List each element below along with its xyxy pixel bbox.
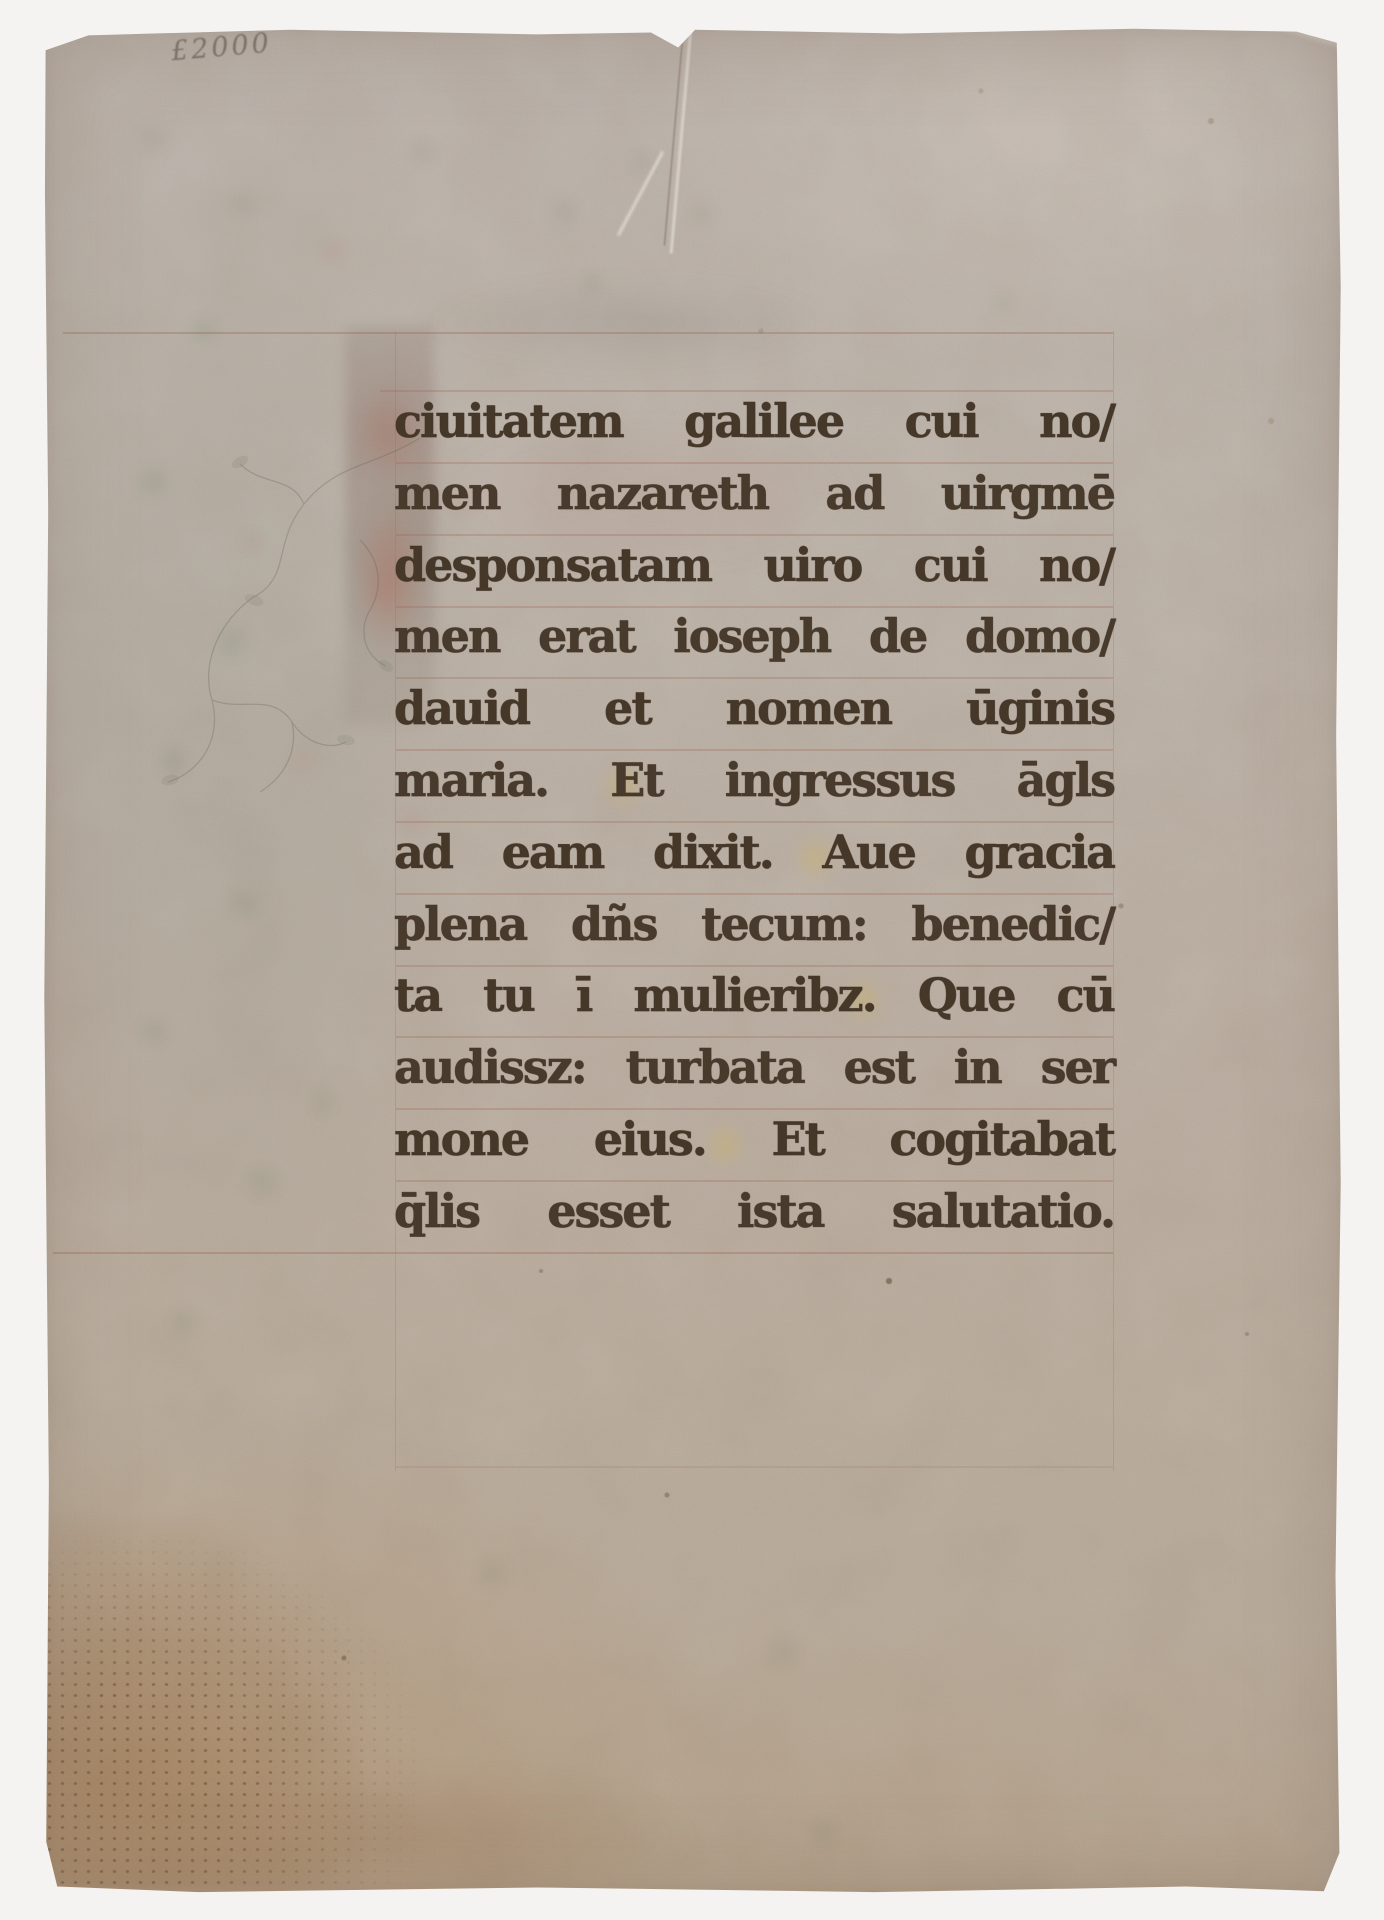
manuscript-leaf: ciuitatem galilee cui no/ men nazareth a… [43,26,1342,1894]
showthrough-pink-spots [43,26,47,30]
edge-vignette [43,26,1342,1894]
showthrough-green-spots [43,26,47,30]
dirt-specks [43,26,45,28]
photograph-background: ciuitatem galilee cui no/ men nazareth a… [0,0,1384,1920]
